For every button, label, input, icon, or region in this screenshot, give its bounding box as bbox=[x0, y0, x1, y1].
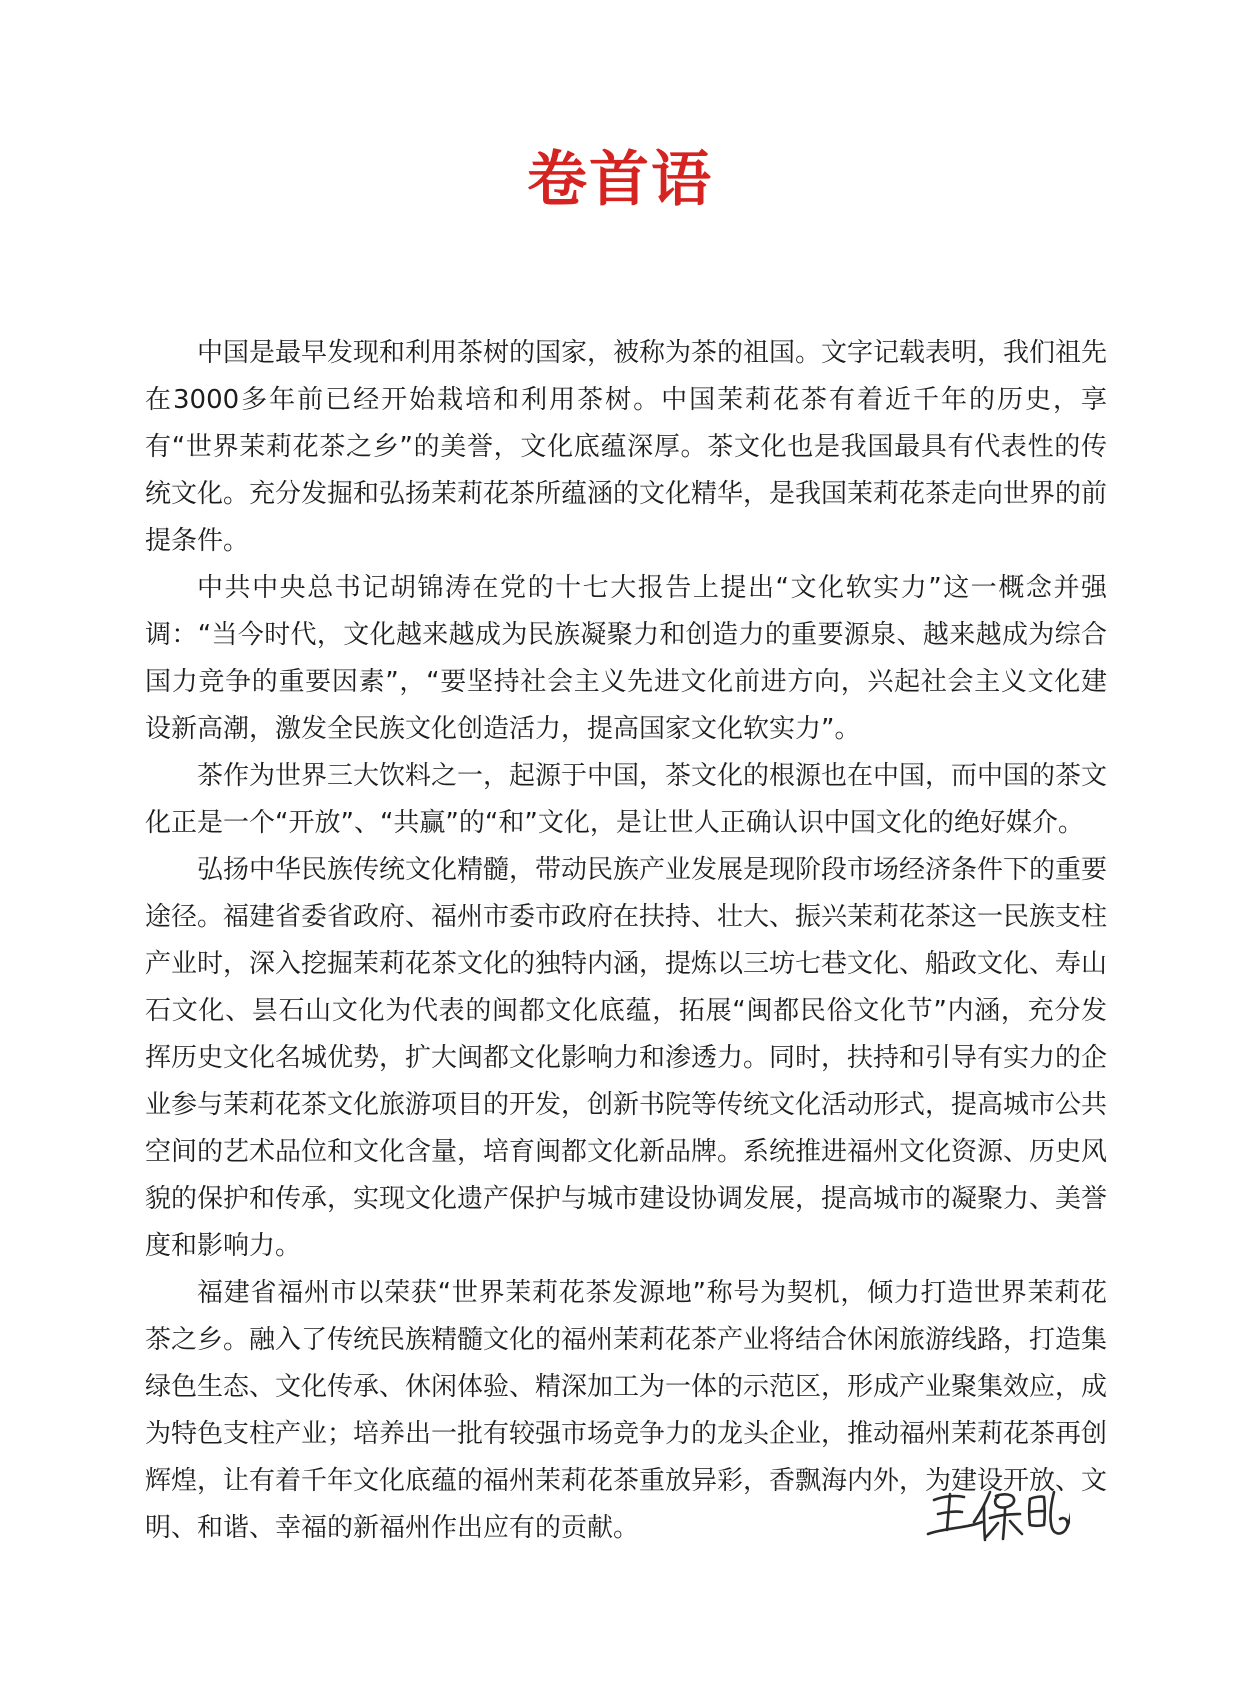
page: 卷首语 中国是最早发现和利用茶树的国家，被称为茶的祖国。文字记载表明，我们祖先在… bbox=[0, 0, 1240, 1683]
page-title: 卷首语 bbox=[0, 146, 1240, 214]
signature bbox=[920, 1476, 1070, 1568]
paragraph-4: 弘扬中华民族传统文化精髓，带动民族产业发展是现阶段市场经济条件下的重要途径。福建… bbox=[145, 847, 1107, 1270]
signature-handwriting-icon bbox=[920, 1476, 1070, 1568]
body-text: 中国是最早发现和利用茶树的国家，被称为茶的祖国。文字记载表明，我们祖先在3000… bbox=[145, 330, 1107, 1552]
paragraph-3: 茶作为世界三大饮料之一，起源于中国，茶文化的根源也在中国，而中国的茶文化正是一个… bbox=[145, 753, 1107, 847]
paragraph-1: 中国是最早发现和利用茶树的国家，被称为茶的祖国。文字记载表明，我们祖先在3000… bbox=[145, 330, 1107, 565]
paragraph-2: 中共中央总书记胡锦涛在党的十七大报告上提出“文化软实力”这一概念并强调：“当今时… bbox=[145, 565, 1107, 753]
